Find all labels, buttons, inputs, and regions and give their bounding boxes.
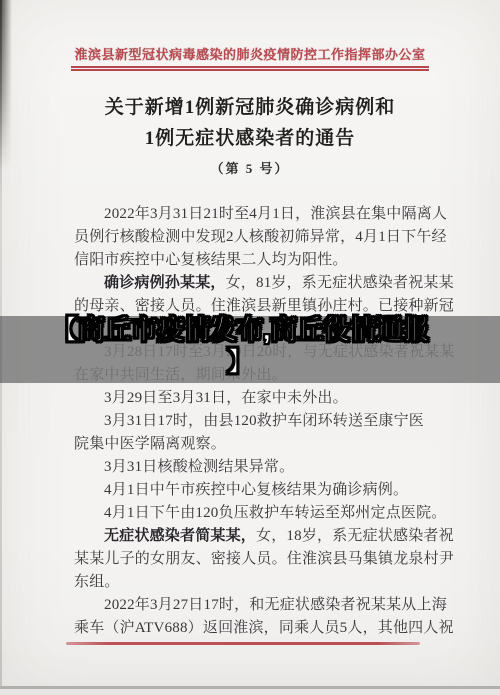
body-line: 4月1日中午市疾控中心复核结果为确诊病例。 xyxy=(74,479,428,502)
body-line: 3月31日核酸检测结果异常。 xyxy=(74,456,428,479)
notice-doc-number: （第 5 号） xyxy=(0,158,500,177)
body-line: 无症状感染者简某某，女，18岁，系无症状感染者祝 xyxy=(74,525,428,548)
photo-bottom-edge-strip xyxy=(0,689,500,695)
body-line: 院集中医学隔离观察。 xyxy=(74,433,428,456)
body-line: 2022年3月31日21时至4月1日，淮滨县在集中隔离人 xyxy=(74,203,428,226)
photo-left-edge-line xyxy=(0,0,2,695)
caption-overlay: 【商丘市疫情发布,商丘役情通报 】 xyxy=(0,312,490,375)
body-line: 某某儿子的女朋友、密接人员。住淮滨县马集镇龙泉村尹 xyxy=(74,548,428,571)
red-underline-mark xyxy=(66,642,420,645)
body-line: 信阳市疾控中心复核结果二人均为阳性。 xyxy=(74,249,428,272)
body-line: 3月31日17时，由县120救护车闭环转送至康宁医 xyxy=(74,410,428,433)
body-line: 3月29日至3月31日，在家中未外出。 xyxy=(74,387,428,410)
body-line: 乘车（沪ATV688）返回淮滨，同乘人员5人，其他四人祝 xyxy=(74,617,428,640)
caption-line1: 【商丘市疫情发布,商丘役情通报 xyxy=(0,312,490,349)
body-line: 东组。 xyxy=(74,571,428,594)
body-line: 确诊病例孙某某，女，81岁，系无症状感染者祝某某 xyxy=(74,272,428,295)
notice-title-line2: 1例无症状感染者的通告 xyxy=(0,123,500,154)
caption-line2: 】 xyxy=(0,349,490,375)
body-line: 员例行核酸检测中发现2人核酸初筛异常，4月1日下午经 xyxy=(74,226,428,249)
notice-title: 关于新增1例新冠肺炎确诊病例和 1例无症状感染者的通告 （第 5 号） xyxy=(0,92,500,177)
notice-title-line1: 关于新增1例新冠肺炎确诊病例和 xyxy=(0,92,500,123)
body-line: 4月1日下午由120负压救护车转运至郑州定点医院。 xyxy=(74,502,428,525)
notice-body: 2022年3月31日21时至4月1日，淮滨县在集中隔离人员例行核酸检测中发现2人… xyxy=(74,203,428,640)
agency-header: 淮滨县新型冠状病毒感染的肺炎疫情防控工作指挥部办公室 xyxy=(0,44,500,71)
notice-photo: 淮滨县新型冠状病毒感染的肺炎疫情防控工作指挥部办公室 关于新增1例新冠肺炎确诊病… xyxy=(0,0,500,695)
agency-header-text: 淮滨县新型冠状病毒感染的肺炎疫情防控工作指挥部办公室 xyxy=(71,44,428,71)
body-line: 2022年3月27日17时，和无症状感染者祝某某从上海 xyxy=(74,594,428,617)
